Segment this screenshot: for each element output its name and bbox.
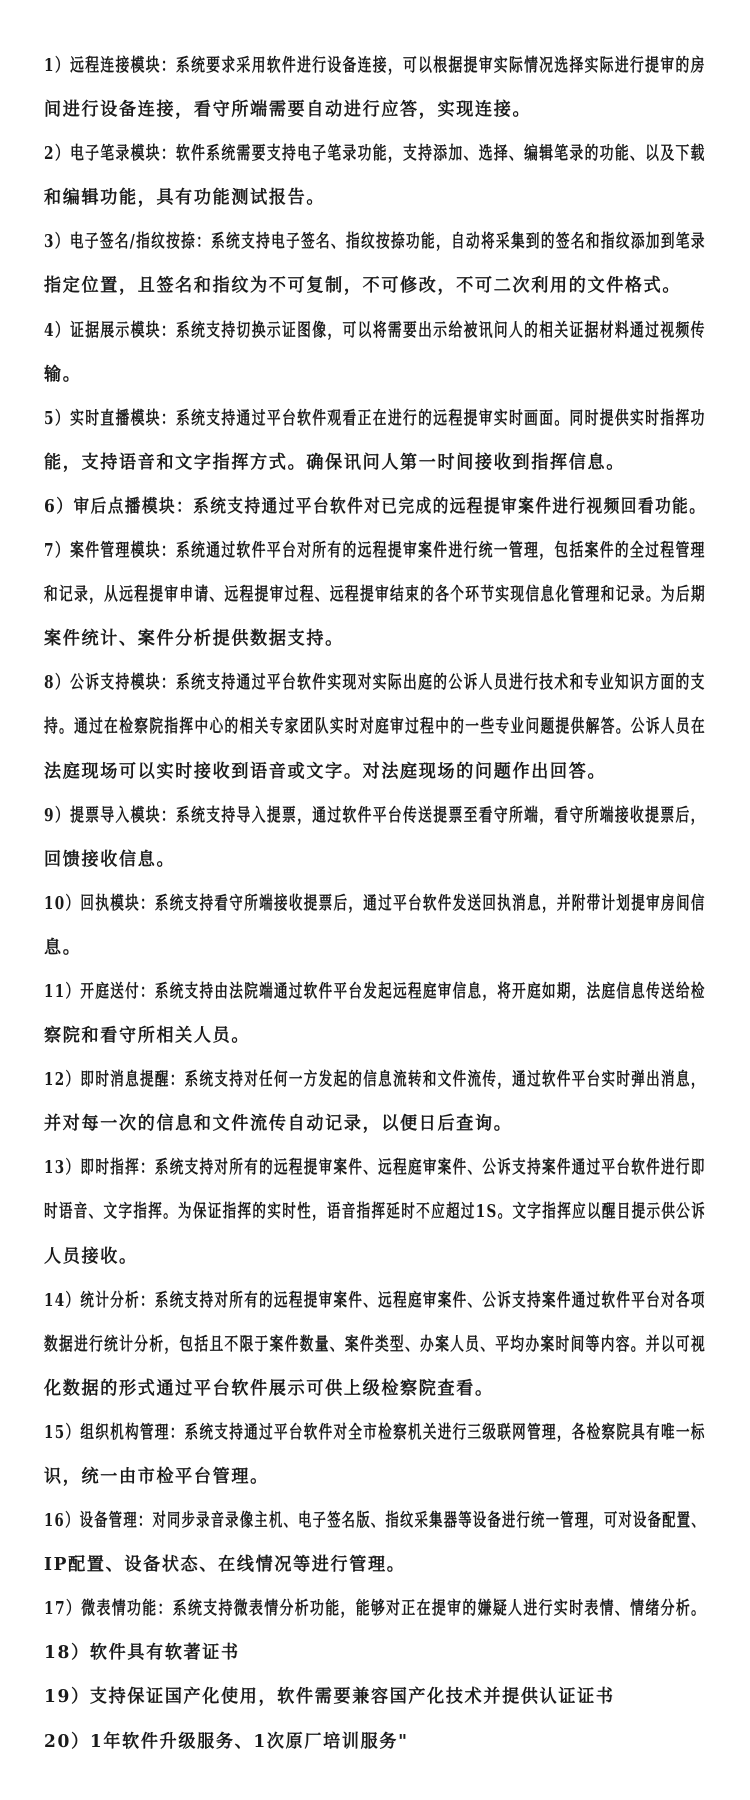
requirement-line: 20）1年软件升级服务、1次原厂培训服务": [44, 1728, 706, 1772]
requirement-item-8: 8）公诉支持模块：系统支持通过平台软件实现对实际出庭的公诉人员进行技术和专业知识…: [44, 669, 724, 801]
requirement-item-15: 15）组织机构管理：系统支持通过平台软件对全市检察机关进行三级联网管理，各检察院…: [44, 1419, 724, 1507]
requirement-item-4: 4）证据展示模块：系统支持切换示证图像，可以将需要出示给被讯问人的相关证据材料通…: [44, 317, 724, 405]
requirement-line: 10）回执模块：系统支持看守所端接收提票后，通过平台软件发送回执消息，并附带计划…: [44, 890, 570, 934]
requirement-line: 持。通过在检察院指挥中心的相关专家团队实时对庭审过程中的一些专业问题提供解答。公…: [44, 713, 575, 757]
requirement-line: 4）证据展示模块：系统支持切换示证图像，可以将需要出示给被讯问人的相关证据材料通…: [44, 317, 579, 361]
requirement-item-1: 1）远程连接模块：系统要求采用软件进行设备连接，可以根据提审实际情况选择实际进行…: [44, 52, 724, 140]
requirement-line: 和编辑功能，具有功能测试报告。: [44, 184, 706, 228]
requirement-item-2: 2）电子笔录模块：软件系统需要支持电子笔录功能，支持添加、选择、编辑笔录的功能、…: [44, 140, 724, 228]
requirement-line: 14）统计分析：系统支持对所有的远程提审案件、远程庭审案件、公诉支持案件通过软件…: [44, 1287, 570, 1331]
requirement-line: 17）微表情功能：系统支持微表情分析功能，能够对正在提审的嫌疑人进行实时表情、情…: [44, 1595, 582, 1639]
requirement-line: 16）设备管理：对同步录音录像主机、电子签名版、指纹采集器等设备进行统一管理，可…: [44, 1507, 558, 1551]
requirement-line: 法庭现场可以实时接收到语音或文字。对法庭现场的问题作出回答。: [44, 758, 706, 802]
requirement-item-12: 12）即时消息提醒：系统支持对任何一方发起的信息流转和文件流传，通过软件平台实时…: [44, 1066, 724, 1154]
requirement-item-5: 5）实时直播模块：系统支持通过平台软件观看正在进行的远程提审实时画面。同时提供实…: [44, 405, 724, 493]
requirement-line: 8）公诉支持模块：系统支持通过平台软件实现对实际出庭的公诉人员进行技术和专业知识…: [44, 669, 579, 713]
requirement-item-6: 6）审后点播模块：系统支持通过平台软件对已完成的远程提审案件进行视频回看功能。: [44, 493, 724, 537]
requirement-item-20: 20）1年软件升级服务、1次原厂培训服务": [44, 1728, 724, 1772]
requirement-item-11: 11）开庭送付：系统支持由法院端通过软件平台发起远程庭审信息，将开庭如期，法庭信…: [44, 978, 724, 1066]
requirement-line: 并对每一次的信息和文件流传自动记录，以便日后查询。: [44, 1110, 706, 1154]
requirements-document: 1）远程连接模块：系统要求采用软件进行设备连接，可以根据提审实际情况选择实际进行…: [44, 52, 724, 1772]
requirement-item-18: 18）软件具有软著证书: [44, 1639, 724, 1683]
requirement-line: 案件统计、案件分析提供数据支持。: [44, 625, 706, 669]
requirement-line: 19）支持保证国产化使用，软件需要兼容国产化技术并提供认证证书: [44, 1683, 706, 1727]
requirement-line: 11）开庭送付：系统支持由法院端通过软件平台发起远程庭审信息，将开庭如期，法庭信…: [44, 978, 570, 1022]
requirement-line: 时语音、文字指挥。为保证指挥的实时性，语音指挥延时不应超过1S。文字指挥应以醒目…: [44, 1198, 570, 1242]
requirement-item-19: 19）支持保证国产化使用，软件需要兼容国产化技术并提供认证证书: [44, 1683, 724, 1727]
requirement-line: 能，支持语音和文字指挥方式。确保讯问人第一时间接收到指挥信息。: [44, 449, 706, 493]
requirement-line: 和记录，从远程提审申请、远程提审过程、远程提审结束的各个环节实现信息化管理和记录…: [44, 581, 575, 625]
requirement-line: 5）实时直播模块：系统支持通过平台软件观看正在进行的远程提审实时画面。同时提供实…: [44, 405, 579, 449]
requirement-line: 人员接收。: [44, 1243, 706, 1287]
requirement-item-9: 9）提票导入模块：系统支持导入提票，通过软件平台传送提票至看守所端，看守所端接收…: [44, 802, 724, 890]
requirement-line: 数据进行统计分析，包括且不限于案件数量、案件类型、办案人员、平均办案时间等内容。…: [44, 1331, 575, 1375]
requirement-item-17: 17）微表情功能：系统支持微表情分析功能，能够对正在提审的嫌疑人进行实时表情、情…: [44, 1595, 724, 1639]
requirement-line: 息。: [44, 934, 706, 978]
requirement-line: 6）审后点播模块：系统支持通过平台软件对已完成的远程提审案件进行视频回看功能。: [44, 493, 648, 537]
requirement-line: 12）即时消息提醒：系统支持对任何一方发起的信息流转和文件流传，通过软件平台实时…: [44, 1066, 570, 1110]
requirement-line: 间进行设备连接，看守所端需要自动进行应答，实现连接。: [44, 96, 706, 140]
requirement-item-10: 10）回执模块：系统支持看守所端接收提票后，通过平台软件发送回执消息，并附带计划…: [44, 890, 724, 978]
requirement-line: 18）软件具有软著证书: [44, 1639, 706, 1683]
requirement-item-3: 3）电子签名/指纹按捺：系统支持电子签名、指纹按捺功能，自动将采集到的签名和指纹…: [44, 228, 724, 316]
requirement-line: 输。: [44, 361, 706, 405]
requirement-line: 化数据的形式通过平台软件展示可供上级检察院查看。: [44, 1375, 706, 1419]
requirement-line: 指定位置，且签名和指纹为不可复制，不可修改，不可二次利用的文件格式。: [44, 272, 706, 316]
requirement-line: 2）电子笔录模块：软件系统需要支持电子笔录功能，支持添加、选择、编辑笔录的功能、…: [44, 140, 579, 184]
requirement-line: 察院和看守所相关人员。: [44, 1022, 706, 1066]
requirement-item-13: 13）即时指挥：系统支持对所有的远程提审案件、远程庭审案件、公诉支持案件通过平台…: [44, 1154, 724, 1286]
requirement-line: 15）组织机构管理：系统支持通过平台软件对全市检察机关进行三级联网管理，各检察院…: [44, 1419, 570, 1463]
requirement-line: 识，统一由市检平台管理。: [44, 1463, 706, 1507]
requirement-line: 9）提票导入模块：系统支持导入提票，通过软件平台传送提票至看守所端，看守所端接收…: [44, 802, 579, 846]
requirement-line: 回馈接收信息。: [44, 846, 706, 890]
requirement-line: 3）电子签名/指纹按捺：系统支持电子签名、指纹按捺功能，自动将采集到的签名和指纹…: [44, 228, 574, 272]
requirement-item-14: 14）统计分析：系统支持对所有的远程提审案件、远程庭审案件、公诉支持案件通过软件…: [44, 1287, 724, 1419]
requirement-line: 7）案件管理模块：系统通过软件平台对所有的远程提审案件进行统一管理，包括案件的全…: [44, 537, 579, 581]
requirement-item-7: 7）案件管理模块：系统通过软件平台对所有的远程提审案件进行统一管理，包括案件的全…: [44, 537, 724, 669]
requirement-item-16: 16）设备管理：对同步录音录像主机、电子签名版、指纹采集器等设备进行统一管理，可…: [44, 1507, 724, 1595]
requirement-line: 13）即时指挥：系统支持对所有的远程提审案件、远程庭审案件、公诉支持案件通过平台…: [44, 1154, 570, 1198]
requirement-line: IP配置、设备状态、在线情况等进行管理。: [44, 1551, 706, 1595]
requirement-line: 1）远程连接模块：系统要求采用软件进行设备连接，可以根据提审实际情况选择实际进行…: [44, 52, 579, 96]
